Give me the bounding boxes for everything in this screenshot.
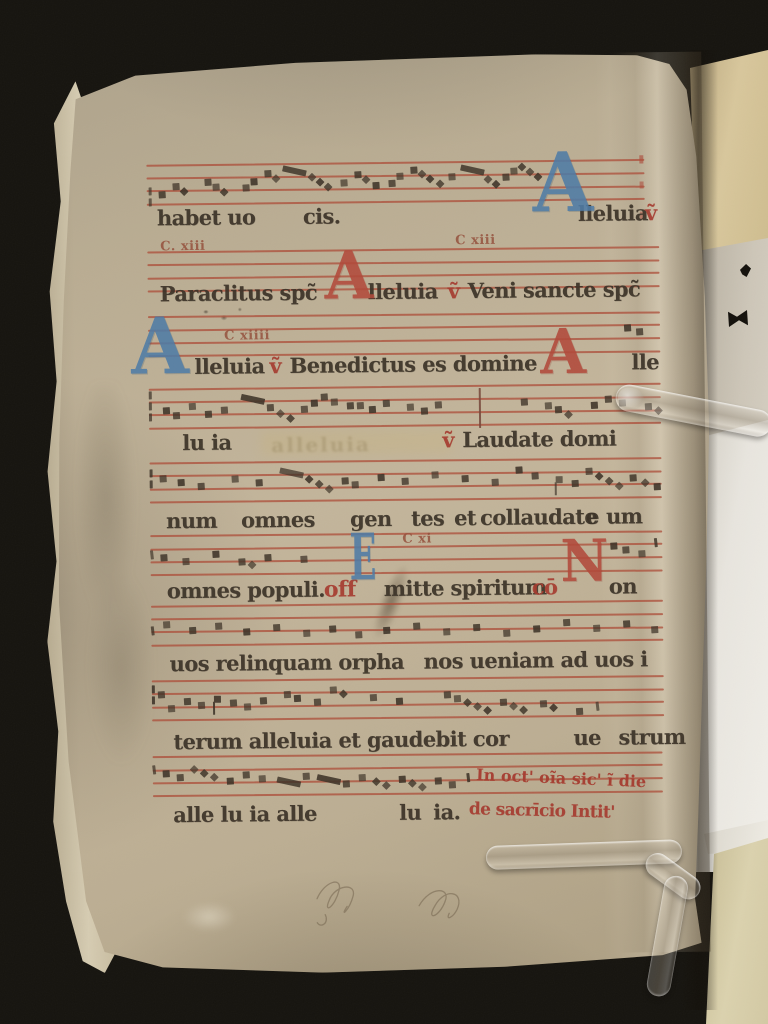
text-segment: cis. xyxy=(303,205,341,226)
neume xyxy=(163,407,170,414)
neume xyxy=(214,696,221,703)
neume xyxy=(330,686,337,693)
neume xyxy=(454,695,461,702)
staff-line xyxy=(153,790,663,796)
neume xyxy=(294,695,301,702)
neume xyxy=(369,406,376,413)
initial-letter: A xyxy=(532,150,593,218)
neume xyxy=(212,184,219,191)
neume xyxy=(591,402,598,409)
neume xyxy=(160,554,167,561)
neume xyxy=(576,708,583,715)
neume xyxy=(563,619,570,626)
neume xyxy=(168,705,175,712)
text-segment: mitte spiritum xyxy=(384,576,547,599)
neume xyxy=(444,691,451,698)
text-segment: de sacrīcio Intit' xyxy=(469,801,615,822)
neume xyxy=(301,406,308,413)
staff-line xyxy=(151,626,663,632)
neume xyxy=(198,702,205,709)
neume xyxy=(418,783,427,792)
initial-letter: E xyxy=(349,532,376,585)
neume xyxy=(244,703,251,710)
neume xyxy=(540,700,547,707)
neume xyxy=(421,407,428,414)
neume xyxy=(264,554,271,561)
text-segment: strum xyxy=(618,726,685,748)
neume xyxy=(204,179,211,186)
neume xyxy=(163,770,170,777)
neume xyxy=(177,479,184,486)
neume xyxy=(303,630,310,637)
neume xyxy=(382,781,391,790)
staff-line xyxy=(147,246,659,253)
neume xyxy=(316,774,341,785)
neume xyxy=(629,474,636,481)
text-segment: Benedictus es domine xyxy=(289,352,537,376)
neume xyxy=(221,406,228,413)
neume xyxy=(396,173,403,180)
neume xyxy=(286,414,295,423)
text-segment: omnes xyxy=(241,509,315,531)
neume xyxy=(267,404,274,411)
neume xyxy=(347,402,354,409)
neume xyxy=(260,697,267,704)
neume xyxy=(545,402,552,409)
neume xyxy=(571,480,578,487)
cue-mark: C xiii xyxy=(455,233,496,248)
staff-line xyxy=(152,714,664,721)
neume xyxy=(255,479,262,486)
neume xyxy=(502,173,509,180)
neume xyxy=(354,171,361,178)
neume xyxy=(305,475,314,484)
neume xyxy=(184,698,191,705)
text-segment: Veni sancte spc̃ xyxy=(468,278,641,301)
neume xyxy=(443,628,450,635)
text-segment: lleluia xyxy=(194,355,264,377)
neume xyxy=(479,388,481,428)
text-segment: tes xyxy=(411,507,444,528)
staff-line xyxy=(152,701,664,709)
neume xyxy=(370,694,377,701)
text-segment: uos relinquam orpha xyxy=(169,651,404,674)
neume xyxy=(407,404,414,411)
neume xyxy=(448,173,455,180)
neume xyxy=(149,187,152,195)
text-segment: Laudate domi xyxy=(462,428,616,451)
neume xyxy=(622,546,629,553)
neume xyxy=(466,773,470,782)
staff-line xyxy=(149,396,661,403)
text-segment: et xyxy=(454,507,476,528)
staff-line xyxy=(151,613,663,620)
neume xyxy=(585,468,592,475)
erased-text-ghost: alleluia xyxy=(271,432,371,457)
neume xyxy=(300,556,307,563)
neume xyxy=(163,621,170,628)
text-segment: ṽ xyxy=(442,429,454,450)
neume xyxy=(435,401,442,408)
text-segment: habet uo xyxy=(157,206,256,228)
cue-mark: C xi xyxy=(402,532,432,547)
neume xyxy=(555,406,562,413)
neume xyxy=(273,624,280,631)
neume xyxy=(264,170,271,177)
neume xyxy=(638,550,645,557)
initial-letter: A xyxy=(324,248,373,303)
neume xyxy=(431,471,438,478)
neume xyxy=(654,483,661,490)
neume xyxy=(159,475,166,482)
neume xyxy=(311,400,318,407)
neume xyxy=(189,403,196,410)
staff-line xyxy=(152,675,664,682)
neume xyxy=(308,173,317,182)
neume xyxy=(240,394,265,405)
neume xyxy=(343,780,350,787)
neume xyxy=(173,412,180,419)
pencil-inscription xyxy=(299,861,530,938)
neume xyxy=(152,765,156,774)
staff-line xyxy=(152,688,664,694)
neume xyxy=(331,398,338,405)
neume xyxy=(212,551,219,558)
neume xyxy=(150,469,153,477)
manuscript-photo: habet uocis.lleluiaṽParaclitus spc̃llelu… xyxy=(0,0,768,1024)
neume xyxy=(230,699,237,706)
neume xyxy=(314,698,321,705)
neume xyxy=(355,631,362,638)
neume xyxy=(388,180,395,187)
text-segment: ue xyxy=(573,727,601,748)
neume xyxy=(503,630,510,637)
neume xyxy=(461,475,468,482)
neume xyxy=(484,175,493,184)
neume xyxy=(377,474,384,481)
neume xyxy=(189,627,196,634)
cue-mark: C. xiii xyxy=(160,239,205,254)
text-segment: lle xyxy=(631,351,659,372)
neume xyxy=(372,777,381,786)
neume xyxy=(641,478,650,487)
neume xyxy=(324,183,333,192)
text-segment: um xyxy=(606,505,643,526)
neume xyxy=(190,765,199,774)
neume xyxy=(413,622,420,629)
neume xyxy=(150,550,154,559)
initial-letter: A xyxy=(540,327,586,378)
staff-line xyxy=(149,457,661,464)
neume xyxy=(282,165,307,176)
marginal-rubric: In oct' oĩa sic' ĩ die xyxy=(476,765,647,791)
neume xyxy=(341,477,348,484)
neume xyxy=(593,625,600,632)
text-segment: cō xyxy=(532,576,558,597)
neume xyxy=(149,391,152,399)
staff-line xyxy=(151,639,663,647)
neume xyxy=(177,774,184,781)
initial-letter: N xyxy=(560,538,608,586)
neume xyxy=(654,538,658,547)
neume xyxy=(357,402,364,409)
neume xyxy=(549,703,558,712)
neume xyxy=(172,183,179,190)
neume xyxy=(383,400,390,407)
neume xyxy=(215,623,222,630)
text-segment: terum alleluia et gaudebit cor xyxy=(173,728,509,753)
neume xyxy=(372,182,379,189)
neume xyxy=(624,324,631,331)
neume xyxy=(359,774,366,781)
neume xyxy=(491,479,498,486)
neume xyxy=(605,395,612,402)
neume xyxy=(399,776,406,783)
cue-mark: C xiiii xyxy=(224,328,270,343)
neume xyxy=(198,483,205,490)
neume xyxy=(636,328,643,335)
neume xyxy=(510,167,517,174)
text-segment: ṽ xyxy=(269,355,281,376)
neume xyxy=(531,472,538,479)
neume xyxy=(329,625,336,632)
neume xyxy=(231,475,238,482)
text-segment: nos ueniam ad uos i xyxy=(423,648,647,671)
neume xyxy=(259,775,266,782)
neume xyxy=(383,627,390,634)
neume xyxy=(151,626,155,635)
neume xyxy=(623,620,630,627)
neume xyxy=(340,179,347,186)
neume xyxy=(250,178,257,185)
neume xyxy=(473,624,480,631)
neume xyxy=(180,187,189,196)
neume xyxy=(651,626,658,633)
neume xyxy=(242,184,249,191)
neume xyxy=(243,771,250,778)
text-segment: lu ia xyxy=(182,432,231,454)
neume xyxy=(210,773,219,782)
neume xyxy=(352,481,359,488)
text-segment: collaudate xyxy=(480,506,597,528)
neume xyxy=(284,691,291,698)
neume xyxy=(449,781,456,788)
neume xyxy=(610,542,617,549)
neume xyxy=(556,476,563,483)
neume xyxy=(396,698,403,705)
neume xyxy=(276,777,301,788)
neume xyxy=(238,558,245,565)
staff-line xyxy=(150,496,662,503)
text-segment: ṽ xyxy=(448,280,460,301)
neume xyxy=(483,706,492,715)
neume xyxy=(515,466,522,473)
neume xyxy=(182,558,189,565)
neume xyxy=(158,691,165,698)
neume xyxy=(463,698,472,707)
text-segment: on xyxy=(609,575,637,596)
neume xyxy=(533,625,540,632)
neume xyxy=(401,478,408,485)
text-segment: e xyxy=(586,506,599,527)
neume xyxy=(205,411,212,418)
neume xyxy=(410,166,417,173)
staff-line xyxy=(147,259,659,265)
text-segment: alle lu ia alle xyxy=(173,803,317,826)
neume xyxy=(521,398,528,405)
neume xyxy=(316,178,325,187)
neume xyxy=(276,409,285,418)
neume xyxy=(227,777,234,784)
text-segment: num xyxy=(166,510,217,532)
neume xyxy=(158,191,165,198)
neume xyxy=(500,699,507,706)
neume xyxy=(303,773,310,780)
neume xyxy=(519,706,528,715)
neume xyxy=(243,628,250,635)
text-segment: ia. xyxy=(433,801,460,822)
initial-letter: A xyxy=(131,315,189,380)
text-segment: lleluia xyxy=(368,280,438,302)
neume xyxy=(435,777,442,784)
text-segment: ṽ xyxy=(645,202,657,223)
neume xyxy=(152,685,155,693)
neume xyxy=(321,393,328,400)
text-segment: omnes populi. xyxy=(167,579,325,602)
neume xyxy=(595,472,604,481)
neume xyxy=(418,170,427,179)
neume xyxy=(517,163,526,172)
neume xyxy=(279,467,304,478)
text-segment: lu xyxy=(399,802,421,823)
